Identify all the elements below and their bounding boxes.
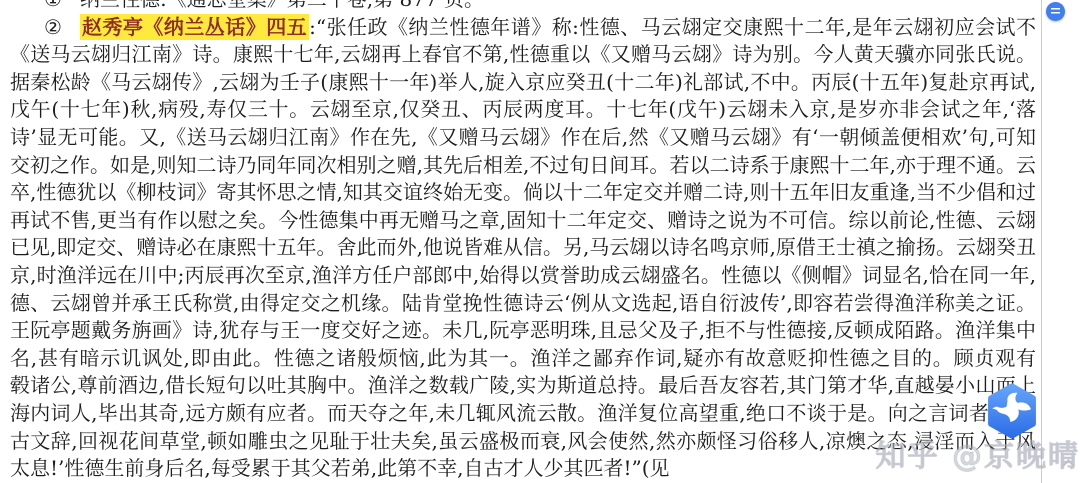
text-line: 据秦松龄《马云翃传》,云翃为壬子(康熙十一年)举人,旋入京应癸丑(十二年)礼部试…: [0, 69, 1041, 97]
highlighted-citation: 赵秀亭《纳兰丛话》四五: [80, 14, 309, 40]
footnote-2-marker: ②: [44, 14, 62, 42]
text-line: 再试不售,更当有作以慰之矣。今性德集中再无赠马之章,固知十二年定交、赠诗之说为不…: [0, 207, 1041, 235]
text-line: 名,甚有暗示讥讽处,即由此。性德之诸般烦恼,此为其一。渔洋之鄙弃作词,疑亦有故意…: [0, 345, 1041, 373]
footnote-2-body: 《送马云翃归江南》诗。康熙十七年,云翃再上春官不第,性德重以《又赠马云翃》诗为别…: [0, 41, 1041, 483]
text-line: 《送马云翃归江南》诗。康熙十七年,云翃再上春官不第,性德重以《又赠马云翃》诗为别…: [0, 41, 1041, 69]
dove-icon: [983, 383, 1041, 439]
text-line: 戊午(十七年)秋,病殁,寿仅三十。云翃至京,仅癸丑、丙辰两度耳。十七年(戊午)云…: [0, 96, 1041, 124]
text-line: 交初之作。如是,则知二诗乃同年同次相别之赠,其先后相差,不过旬日间耳。若以二诗系…: [0, 152, 1041, 180]
footnote-1: ① 纳兰性德:《通志堂集》第二十卷,第 877 页。: [0, 0, 1041, 14]
footnote-1-text: 纳兰性德:《通志堂集》第二十卷,第 877 页。: [80, 0, 484, 11]
text-line: 诗’显无可能。又,《送马云翃归江南》作在先,《又赠马云翃》作在后,然《又赠马云翃…: [0, 124, 1041, 152]
scroll-up-arrow[interactable]: [1061, 457, 1075, 471]
extension-badge-icon[interactable]: [1046, 2, 1065, 21]
text-line: 德、云翃曾并承王氏称赏,由得定交之机缘。陆肯堂挽性德诗云‘例从文选起,语自衍波传…: [0, 290, 1041, 318]
text-line: 京,时渔洋远在川中;丙辰再次至京,渔洋方任户部郎中,始得以赏誉助成云翃盛名。性德…: [0, 262, 1041, 290]
text-line: 太息!’性德生前身后名,每受累于其父若弟,此第不幸,自古才人少其匹者!”(见 h…: [0, 455, 1041, 483]
document-page: ① 纳兰性德:《通志堂集》第二十卷,第 877 页。 ②赵秀亭《纳兰丛话》四五:…: [0, 0, 1041, 483]
right-gutter: [1042, 0, 1080, 483]
text-line: 毂诸公,尊前酒边,借长短句以吐其胸中。渔洋之数载广陵,实为斯道总持。最后吾友容若…: [0, 372, 1041, 400]
text-line: 已见,即定交、赠诗必在康熙十五年。舍此而外,他说皆难从信。另,马云翃以诗名鸣京师…: [0, 234, 1041, 262]
badge-glyph: [1051, 8, 1060, 15]
text-line: 古文辞,回视花间草堂,顿如雕虫之见耻于壮夫矣,虽云盛极而衰,风会使然,然亦颇怪习…: [0, 428, 1041, 456]
text-line: 王阮亭题戴务旃画》诗,犹存与王一度交好之迹。未几,阮亭恶明珠,且忌父及子,拒不与…: [0, 317, 1041, 345]
dove-extension-button[interactable]: [983, 383, 1041, 439]
footnote-2-first-line: ②赵秀亭《纳兰丛话》四五:“张任政《纳兰性德年谱》称:性德、马云翃定交康熙十二年…: [0, 14, 1041, 42]
footnote-1-marker: ①: [44, 0, 62, 14]
text-line: 卒,性德犹以《柳枝词》寄其怀思之情,知其交谊终始无变。倘以十二年定交并赠二诗,则…: [0, 179, 1041, 207]
text-line: 海内词人,毕出其奇,远方颇有应者。而天夺之年,未几辄风流云散。渔洋复位高望重,绝…: [0, 400, 1041, 428]
